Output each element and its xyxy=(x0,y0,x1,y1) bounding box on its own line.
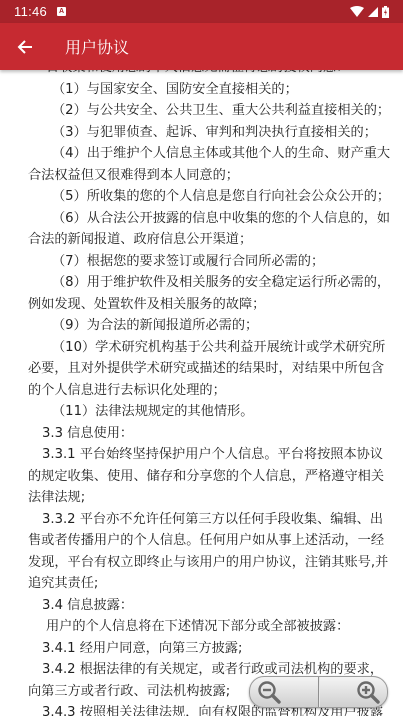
doc-line: （6）从合法公开披露的信息中收集的您的个人信息的，如合法的新闻报道、政府信息公开… xyxy=(28,208,394,251)
arrow-left-icon xyxy=(17,39,33,55)
status-time: 11:46 xyxy=(14,4,47,19)
doc-line: 用户的个人信息将在下述情况下部分或全部被披露： xyxy=(28,616,394,638)
zoom-in-icon xyxy=(356,680,380,704)
doc-line: （2）与公共安全、公共卫生、重大公共利益直接相关的； xyxy=(28,100,394,122)
doc-line: （11）法律法规规定的其他情形。 xyxy=(28,401,394,423)
agreement-document: 台收集和使用您的个人信息无需征得您的授权同意： （1）与国家安全、国防安全直接相… xyxy=(28,70,394,716)
doc-line: 3.3.2 平台亦不允许任何第三方以任何手段收集、编辑、出售或者传播用户的个人信… xyxy=(28,509,394,595)
signal-icon xyxy=(368,7,378,17)
section-heading: 3.4 信息披露： xyxy=(28,595,394,617)
doc-line: 3.3.1 平台始终坚持保护用户个人信息。平台将按照本协议的规定收集、使用、储存… xyxy=(28,444,394,509)
doc-line: 3.4.1 经用户同意，向第三方披露; xyxy=(28,638,394,660)
doc-line: （8）用于维护软件及相关服务的安全稳定运行所必需的，例如发现、处置软件及相关服务… xyxy=(28,272,394,315)
doc-line: （9）为合法的新闻报道所必需的； xyxy=(28,315,394,337)
doc-line: （3）与犯罪侦查、起诉、审判和判决执行直接相关的； xyxy=(28,122,394,144)
doc-line: 台收集和使用您的个人信息无需征得您的授权同意： xyxy=(28,70,394,79)
doc-line: （4）出于维护个人信息主体或其他个人的生命、财产重大合法权益但又很难得到本人同意… xyxy=(28,143,394,186)
doc-line: （5）所收集的您的个人信息是您自行向社会公众公开的； xyxy=(28,186,394,208)
agreement-scroll-view[interactable]: 台收集和使用您的个人信息无需征得您的授权同意： （1）与国家安全、国防安全直接相… xyxy=(0,70,403,716)
page-title: 用户协议 xyxy=(65,35,129,58)
doc-line: （1）与国家安全、国防安全直接相关的； xyxy=(28,79,394,101)
doc-line: （10）学术研究机构基于公共利益开展统计或学术研究所必要，且对外提供学术研究或描… xyxy=(28,337,394,402)
zoom-in-button[interactable] xyxy=(319,677,388,707)
zoom-controls xyxy=(249,676,388,708)
notification-icon: A xyxy=(57,7,66,16)
section-heading: 3.3 信息使用： xyxy=(28,423,394,445)
wifi-icon xyxy=(350,6,364,17)
app-toolbar: 用户协议 xyxy=(0,23,403,70)
back-button[interactable] xyxy=(13,35,37,59)
zoom-out-button[interactable] xyxy=(250,677,319,707)
status-icons xyxy=(350,6,389,18)
battery-charging-icon xyxy=(382,6,389,18)
doc-line: （7）根据您的要求签订或履行合同所必需的； xyxy=(28,251,394,273)
zoom-out-icon xyxy=(257,680,281,704)
status-bar: 11:46 A xyxy=(0,0,403,23)
